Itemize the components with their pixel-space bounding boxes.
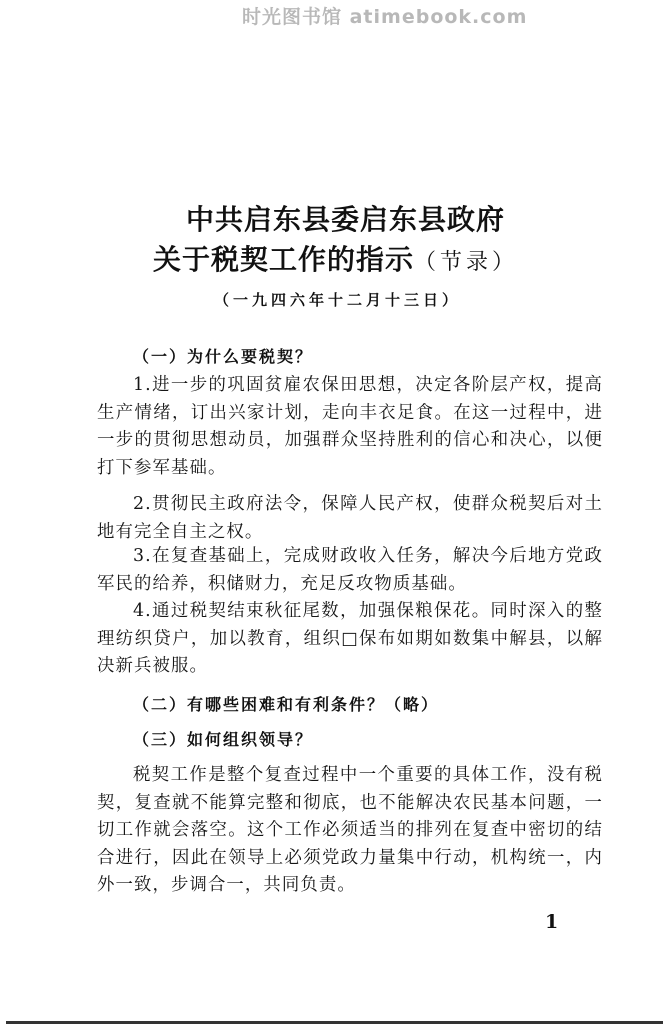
document-title-main: 关于税契工作的指示 — [153, 243, 414, 276]
paragraph-1-4: 4.通过税契结束秋征尾数，加强保粮保花。同时深入的整理纺织贷户，加以教育，组织□… — [97, 598, 603, 681]
paragraph-text: 3.在复查基础上，完成财政收入任务，解决今后地方党政军民的给养，积储财力，充足反… — [97, 543, 603, 598]
page-number: 1 — [545, 911, 558, 933]
paragraph-text: 2.贯彻民主政府法令，保障人民产权，使群众税契后对土地有完全自主之权。 — [97, 491, 603, 546]
document-title-line-1: 中共启东县委启东县政府 — [14, 198, 663, 238]
document-title-note: （节录） — [414, 250, 518, 275]
section-heading-2: （二）有哪些困难和有利条件？（略） — [133, 692, 439, 715]
paragraph-1-3: 3.在复查基础上，完成财政收入任务，解决今后地方党政军民的给养，积储财力，充足反… — [97, 543, 603, 598]
paragraph-1-2: 2.贯彻民主政府法令，保障人民产权，使群众税契后对土地有完全自主之权。 — [97, 491, 603, 546]
watermark-text: 时光图书馆 atimebook.com — [242, 2, 527, 29]
paragraph-text: 4.通过税契结束秋征尾数，加强保粮保花。同时深入的整理纺织贷户，加以教育，组织□… — [97, 598, 603, 681]
section-heading-1: （一）为什么要税契？ — [133, 344, 313, 367]
document-date: （一九四六年十二月十三日） — [0, 289, 663, 310]
paragraph-3-1: 税契工作是整个复查过程中一个重要的具体工作，没有税契，复查就不能算完整和彻底，也… — [97, 762, 603, 900]
section-heading-3: （三）如何组织领导？ — [133, 727, 313, 750]
paragraph-1-1: 1.进一步的巩固贫雇农保田思想，决定各阶层产权，提高生产情绪，订出兴家计划，走向… — [97, 372, 603, 482]
paragraph-text: 税契工作是整个复查过程中一个重要的具体工作，没有税契，复查就不能算完整和彻底，也… — [97, 762, 603, 900]
document-title-line-2: 关于税契工作的指示（节录） — [4, 238, 663, 278]
paragraph-text: 1.进一步的巩固贫雇农保田思想，决定各阶层产权，提高生产情绪，订出兴家计划，走向… — [97, 372, 603, 482]
